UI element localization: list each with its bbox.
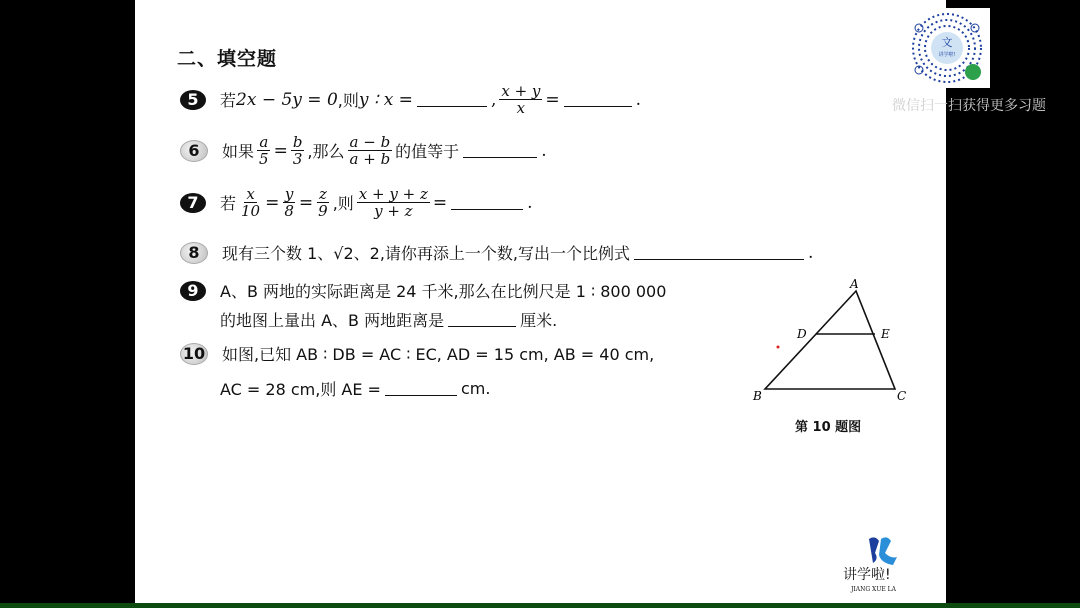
question-6: 6 如果 a5 = b3 ,那么 a − ba + b 的值等于 . bbox=[180, 134, 547, 167]
fraction: x10 bbox=[239, 186, 262, 219]
question-10: 10 如图,已知 AB ∶ DB = AC ∶ EC, AD = 15 cm, … bbox=[180, 342, 654, 365]
svg-text:讲学啦!: 讲学啦! bbox=[938, 51, 955, 58]
triangle-figure: A B C D E bbox=[747, 276, 927, 436]
answer-blank[interactable] bbox=[564, 92, 632, 107]
question-number: 5 bbox=[180, 90, 206, 110]
answer-blank[interactable] bbox=[463, 143, 537, 158]
svg-text:讲学啦!: 讲学啦! bbox=[843, 566, 891, 583]
answer-blank[interactable] bbox=[451, 195, 523, 210]
question-10-line-2: AC = 28 cm,则 AE = cm. bbox=[220, 377, 490, 400]
svg-text:文: 文 bbox=[942, 36, 953, 49]
question-9: 9 A、B 两地的实际距离是 24 千米,那么在比例尺是 1 ∶ 800 000 bbox=[180, 279, 666, 302]
svg-text:D: D bbox=[796, 327, 807, 341]
section-heading: 二、填空题 bbox=[177, 44, 277, 71]
qr-caption: 微信扫一扫获得更多习题 bbox=[892, 95, 1046, 115]
bottom-green-bar bbox=[0, 603, 1080, 608]
fraction: b3 bbox=[291, 134, 305, 167]
question-number: 10 bbox=[180, 343, 208, 365]
fraction: z9 bbox=[316, 186, 330, 219]
answer-blank[interactable] bbox=[448, 312, 516, 327]
fraction: x + y + zy + z bbox=[357, 186, 430, 219]
svg-text:E: E bbox=[880, 327, 890, 341]
svg-text:JIANG XUE LA: JIANG XUE LA bbox=[850, 586, 897, 593]
svg-text:B: B bbox=[752, 389, 762, 403]
figure-caption: 第 10 题图 bbox=[795, 416, 861, 435]
jiangxuela-logo: 讲学啦! JIANG XUE LA bbox=[835, 533, 935, 603]
answer-blank[interactable] bbox=[634, 245, 804, 260]
answer-blank[interactable] bbox=[385, 381, 457, 396]
fraction: a − ba + b bbox=[348, 134, 393, 167]
worksheet-page: 二、填空题 5 若 2x − 5y = 0 ,则 y ∶ x = , x + y… bbox=[135, 0, 946, 603]
question-9-line-2: 的地图上量出 A、B 两地距离是 厘米. bbox=[220, 308, 557, 331]
svg-text:C: C bbox=[897, 389, 906, 403]
question-8: 8 现有三个数 1、√2、2,请你再添上一个数,写出一个比例式 . bbox=[180, 241, 813, 264]
fraction: a5 bbox=[257, 134, 271, 167]
question-number: 8 bbox=[180, 242, 208, 264]
question-number: 9 bbox=[180, 281, 206, 301]
question-number: 7 bbox=[180, 193, 206, 213]
question-7: 7 若 x10 = y8 = z9 ,则 x + y + zy + z = . bbox=[180, 186, 533, 219]
fraction: y8 bbox=[282, 186, 296, 219]
answer-blank[interactable] bbox=[417, 92, 487, 107]
fraction: x + yx bbox=[499, 83, 542, 116]
qr-code[interactable]: 文 讲学啦! bbox=[905, 8, 990, 88]
question-number: 6 bbox=[180, 140, 208, 162]
question-5: 5 若 2x − 5y = 0 ,则 y ∶ x = , x + yx = . bbox=[180, 83, 641, 116]
svg-text:A: A bbox=[849, 277, 859, 291]
